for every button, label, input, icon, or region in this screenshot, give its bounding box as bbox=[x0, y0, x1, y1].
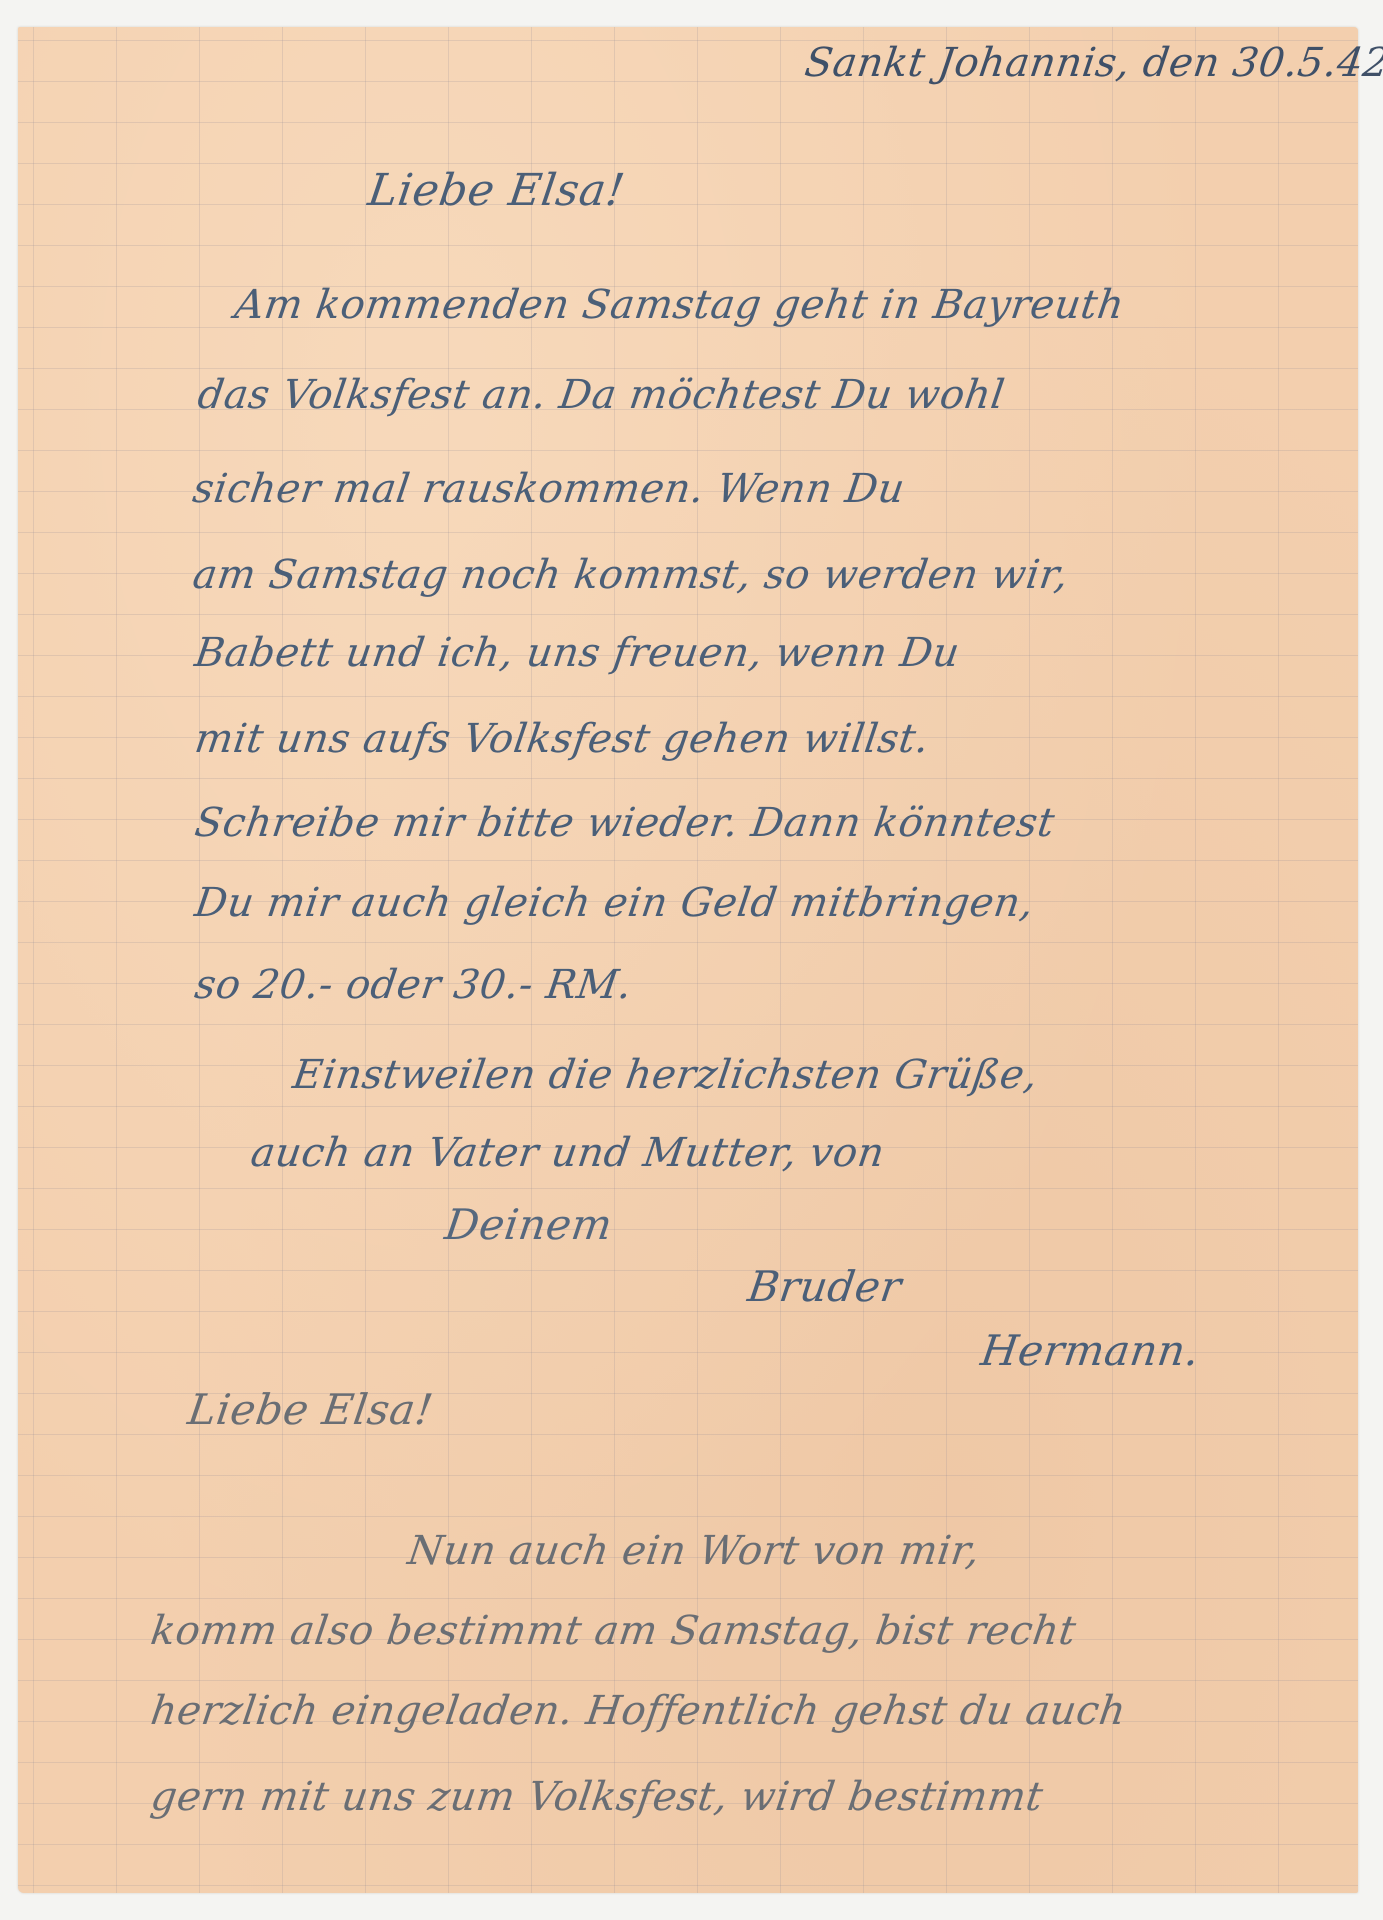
place-date-line: Sankt Johannis, den 30.5.42 bbox=[802, 40, 1383, 86]
salutation: Liebe Elsa! bbox=[365, 165, 628, 216]
body-line: am Samstag noch kommst, so werden wir, bbox=[190, 552, 1071, 598]
postscript-line: komm also bestimmt am Samstag, bist rech… bbox=[148, 1608, 1079, 1654]
body-line: Am kommenden Samstag geht in Bayreuth bbox=[232, 282, 1127, 328]
closing-line: auch an Vater und Mutter, von bbox=[248, 1130, 887, 1176]
body-line: sicher mal rauskommen. Wenn Du bbox=[190, 466, 908, 512]
closing-line: Deinem bbox=[442, 1200, 616, 1249]
body-line: mit uns aufs Volksfest gehen willst. bbox=[192, 716, 932, 762]
closing-line: Einstweilen die herzlichsten Grüße, bbox=[290, 1052, 1041, 1098]
body-line: Babett und ich, uns freuen, wenn Du bbox=[192, 630, 963, 676]
body-line: das Volksfest an. Da möchtest Du wohl bbox=[195, 372, 1008, 418]
postscript-line: gern mit uns zum Volksfest, wird bestimm… bbox=[148, 1774, 1046, 1820]
body-line: Du mir auch gleich ein Geld mitbringen, bbox=[192, 880, 1037, 926]
body-line: Schreibe mir bitte wieder. Dann könntest bbox=[192, 800, 1058, 846]
signature-line: Bruder bbox=[745, 1262, 905, 1311]
body-line: so 20.- oder 30.- RM. bbox=[192, 962, 635, 1008]
scanned-page: Sankt Johannis, den 30.5.42 Liebe Elsa! … bbox=[0, 0, 1383, 1920]
signature-name: Hermann. bbox=[978, 1326, 1203, 1375]
postscript-line: Nun auch ein Wort von mir, bbox=[405, 1528, 983, 1574]
second-salutation: Liebe Elsa! bbox=[185, 1385, 436, 1434]
postscript-line: herzlich eingeladen. Hoffentlich gehst d… bbox=[148, 1688, 1129, 1734]
